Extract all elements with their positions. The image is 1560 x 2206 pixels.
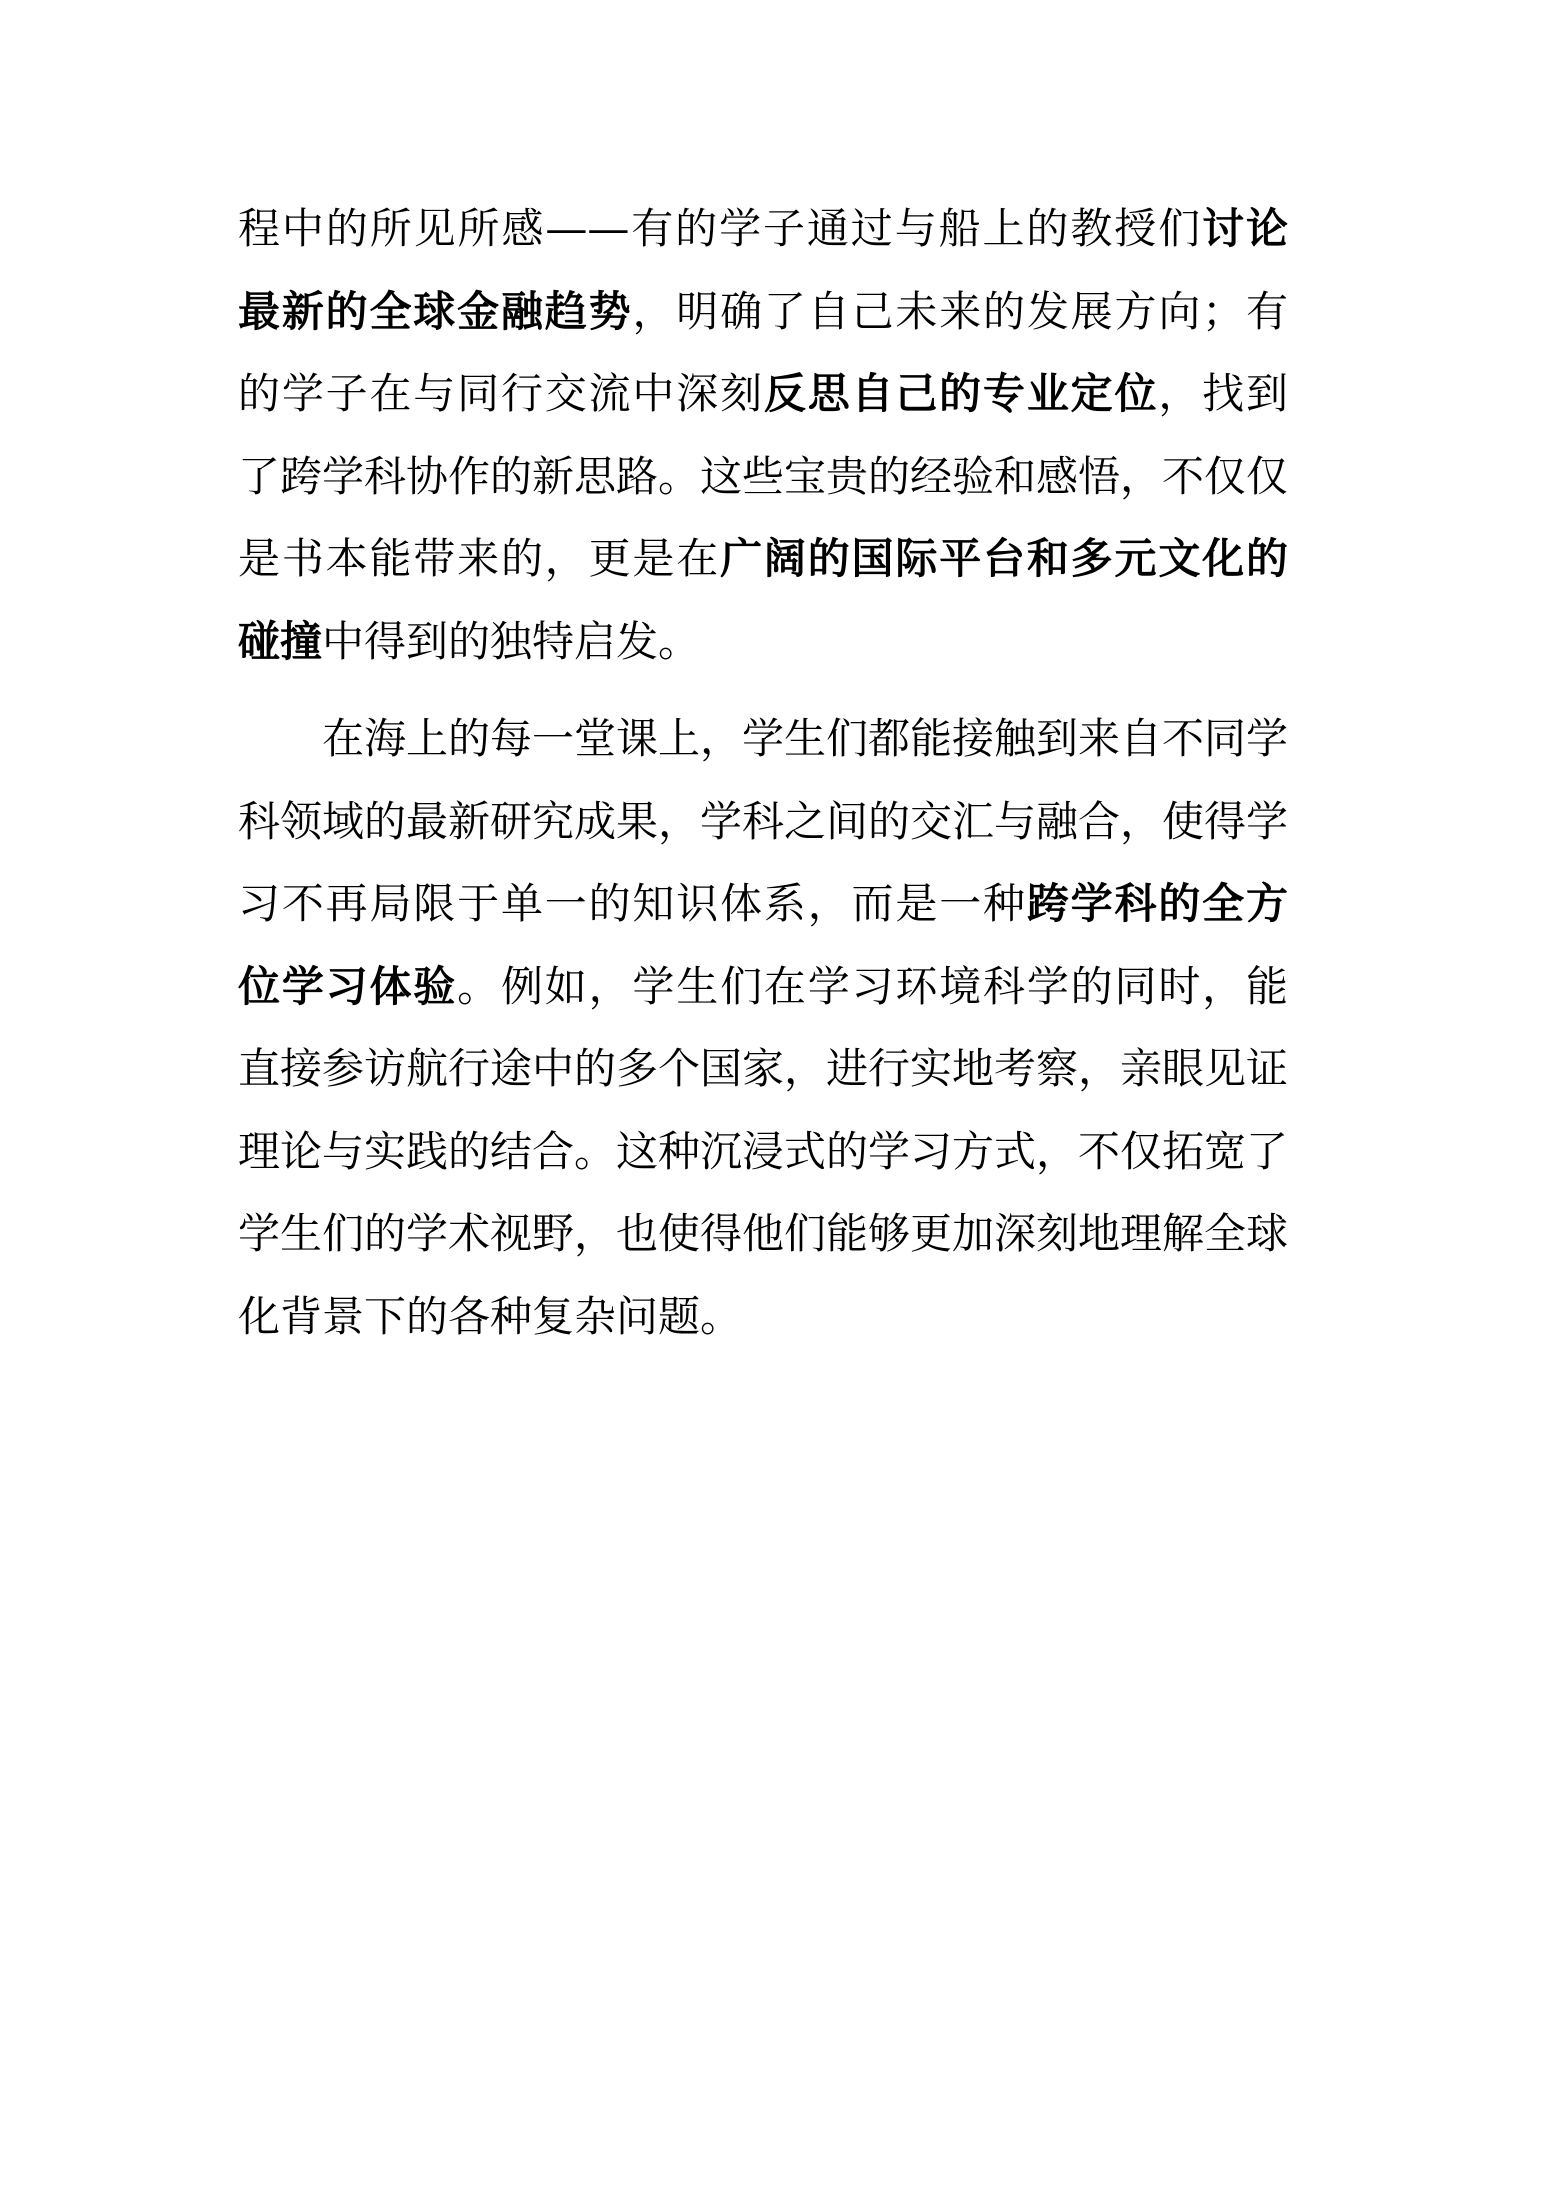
- text-run-bold: 反思自己的专业定位: [764, 369, 1158, 418]
- paragraph-1: 程中的所见所感——有的学子通过与船上的教授们讨论最新的全球金融趋势，明确了自己未…: [238, 188, 1288, 683]
- text-run: 程中的所见所感——有的学子通过与船上的教授们: [238, 204, 1202, 253]
- text-run: 中得到的独特启发。: [322, 617, 700, 666]
- paragraph-2: 在海上的每一堂课上，学生们都能接触到来自不同学科领域的最新研究成果，学科之间的交…: [238, 698, 1288, 1358]
- document-page: 程中的所见所感——有的学子通过与船上的教授们讨论最新的全球金融趋势，明确了自己未…: [0, 0, 1560, 2206]
- text-run: 。例如，学生们在学习环境科学的同时，能直接参访航行途中的多个国家，进行实地考察，…: [238, 962, 1288, 1341]
